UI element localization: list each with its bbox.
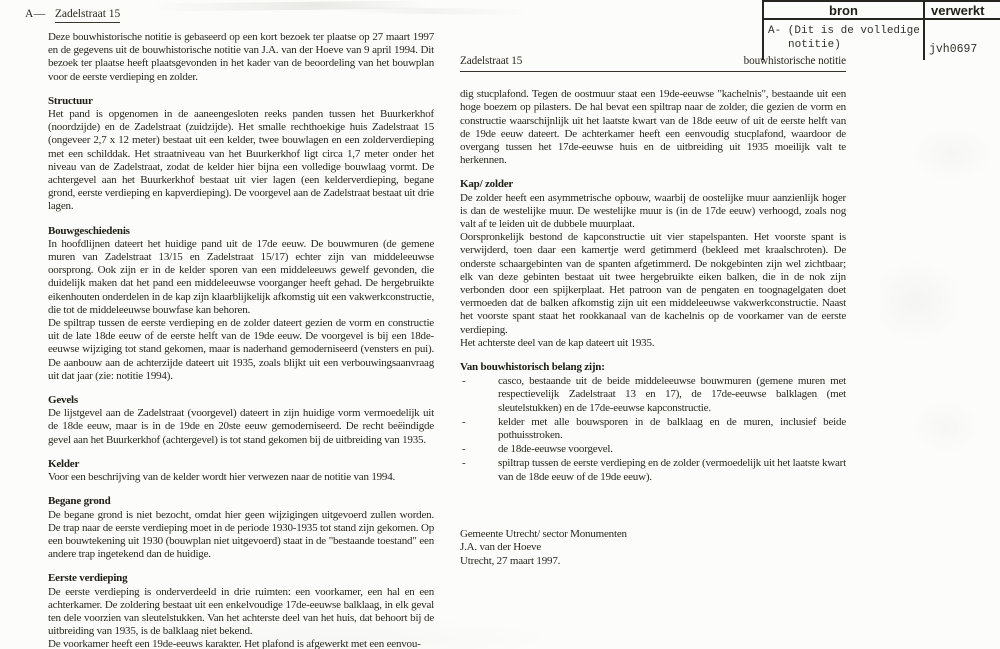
section-paragraph: Het pand is opgenomen in de aaneengeslot… bbox=[48, 108, 434, 214]
section-eerste-verdieping: Eerste verdieping De eerste verdieping i… bbox=[48, 572, 434, 649]
bullet-text: de 18de-eeuwse voorgevel. bbox=[498, 443, 846, 456]
bullet-text: spiltrap tussen de eerste verdieping en … bbox=[498, 457, 846, 483]
continuation-paragraph: dig stucplafond. Tegen de oostmuur staat… bbox=[460, 88, 846, 167]
signature-organization: Gemeente Utrecht/ sector Monumenten bbox=[460, 528, 846, 542]
belang-heading: Van bouwhistorisch belang zijn: bbox=[460, 361, 846, 374]
bullet-dash: - bbox=[462, 457, 465, 470]
stamp-column-bron: bron A- (Dit is de volledige notitie) bbox=[762, 2, 925, 60]
section-gevels: Gevels De lijstgevel aan de Zadelstraat … bbox=[48, 394, 434, 447]
section-heading: Structuur bbox=[48, 95, 434, 108]
signature-place-date: Utrecht, 27 maart 1997. bbox=[460, 555, 846, 569]
stamp-cell-verwerkt: jvh0697 bbox=[925, 20, 1000, 60]
running-header: Zadelstraat 15 bouwhistorische notitie bbox=[460, 55, 846, 72]
scan-artifact-streak bbox=[150, 1, 430, 12]
section-heading: Kap/ zolder bbox=[460, 178, 846, 191]
section-heading: Begane grond bbox=[48, 495, 434, 508]
section-paragraph: Oorspronkelijk bestond de kapconstructie… bbox=[460, 231, 846, 337]
section-paragraph: In hoofdlijnen dateert het huidige pand … bbox=[48, 238, 434, 317]
bullet-dash: - bbox=[462, 375, 465, 388]
section-heading: Kelder bbox=[48, 458, 434, 471]
bullet-list: - casco, bestaande uit de beide middelee… bbox=[460, 375, 846, 484]
signature-author: J.A. van der Hoeve bbox=[460, 541, 846, 555]
section-belang: Van bouwhistorisch belang zijn: - casco,… bbox=[460, 361, 846, 484]
bullet-text: casco, bestaande uit de beide middeleeuw… bbox=[498, 375, 846, 415]
bullet-item: - spiltrap tussen de eerste verdieping e… bbox=[460, 457, 846, 483]
scan-artifact-blot bbox=[880, 70, 1000, 490]
section-begane-grond: Begane grond De begane grond is niet bez… bbox=[48, 495, 434, 561]
section-structuur: Structuur Het pand is opgenomen in de aa… bbox=[48, 95, 434, 214]
section-heading: Bouwgeschiedenis bbox=[48, 225, 434, 238]
stamp-column-verwerkt: verwerkt jvh0697 bbox=[925, 2, 1000, 60]
section-paragraph: De spiltrap tussen de eerste verdieping … bbox=[48, 317, 434, 383]
section-kap-zolder: Kap/ zolder De zolder heeft een asymmetr… bbox=[460, 178, 846, 350]
section-paragraph: De lijstgevel aan de Zadelstraat (voorge… bbox=[48, 407, 434, 447]
section-kelder: Kelder Voor een beschrijving van de keld… bbox=[48, 458, 434, 484]
page-title: Zadelstraat 15 bbox=[55, 8, 120, 23]
running-header-title: Zadelstraat 15 bbox=[460, 55, 522, 68]
bullet-dash: - bbox=[462, 443, 465, 456]
bullet-item: - de 18de-eeuwse voorgevel. bbox=[460, 443, 846, 456]
bullet-text: kelder met alle bouwsporen in de balklaa… bbox=[498, 416, 846, 442]
margin-label: A— bbox=[25, 8, 46, 20]
left-column: Deze bouwhistorische notitie is gebaseer… bbox=[48, 31, 434, 649]
section-paragraph: De eerste verdieping is onderverdeeld in… bbox=[48, 586, 434, 639]
bullet-item: - casco, bestaande uit de beide middelee… bbox=[460, 375, 846, 415]
intro-paragraph: Deze bouwhistorische notitie is gebaseer… bbox=[48, 31, 434, 84]
stamp-table: bron A- (Dit is de volledige notitie) ve… bbox=[762, 0, 1000, 60]
scanned-document-page: A— Zadelstraat 15 bron A- (Dit is de vol… bbox=[0, 0, 1000, 649]
section-paragraph: De voorkamer heeft een 19de-eeuws karakt… bbox=[48, 638, 434, 649]
bullet-item: - kelder met alle bouwsporen in de balkl… bbox=[460, 416, 846, 442]
section-paragraph: Voor een beschrijving van de kelder word… bbox=[48, 471, 434, 484]
stamp-header-verwerkt: verwerkt bbox=[925, 2, 1000, 20]
section-heading: Eerste verdieping bbox=[48, 572, 434, 585]
section-bouwgeschiedenis: Bouwgeschiedenis In hoofdlijnen dateert … bbox=[48, 225, 434, 383]
section-paragraph: De begane grond is niet bezocht, omdat h… bbox=[48, 509, 434, 562]
running-header-doctype: bouwhistorische notitie bbox=[744, 55, 846, 68]
section-heading: Gevels bbox=[48, 394, 434, 407]
scan-artifact-streak bbox=[330, 7, 530, 16]
section-paragraph: Het achterste deel van de kap dateert ui… bbox=[460, 337, 846, 350]
stamp-header-bron: bron bbox=[764, 2, 923, 20]
stamp-cell-bron: A- (Dit is de volledige notitie) bbox=[764, 20, 923, 60]
bullet-dash: - bbox=[462, 416, 465, 429]
right-column: Zadelstraat 15 bouwhistorische notitie d… bbox=[460, 55, 846, 569]
section-paragraph: De zolder heeft een asymmetrische opbouw… bbox=[460, 192, 846, 232]
signature-block: Gemeente Utrecht/ sector Monumenten J.A.… bbox=[460, 528, 846, 569]
document-title-row: A— Zadelstraat 15 bbox=[25, 8, 120, 23]
